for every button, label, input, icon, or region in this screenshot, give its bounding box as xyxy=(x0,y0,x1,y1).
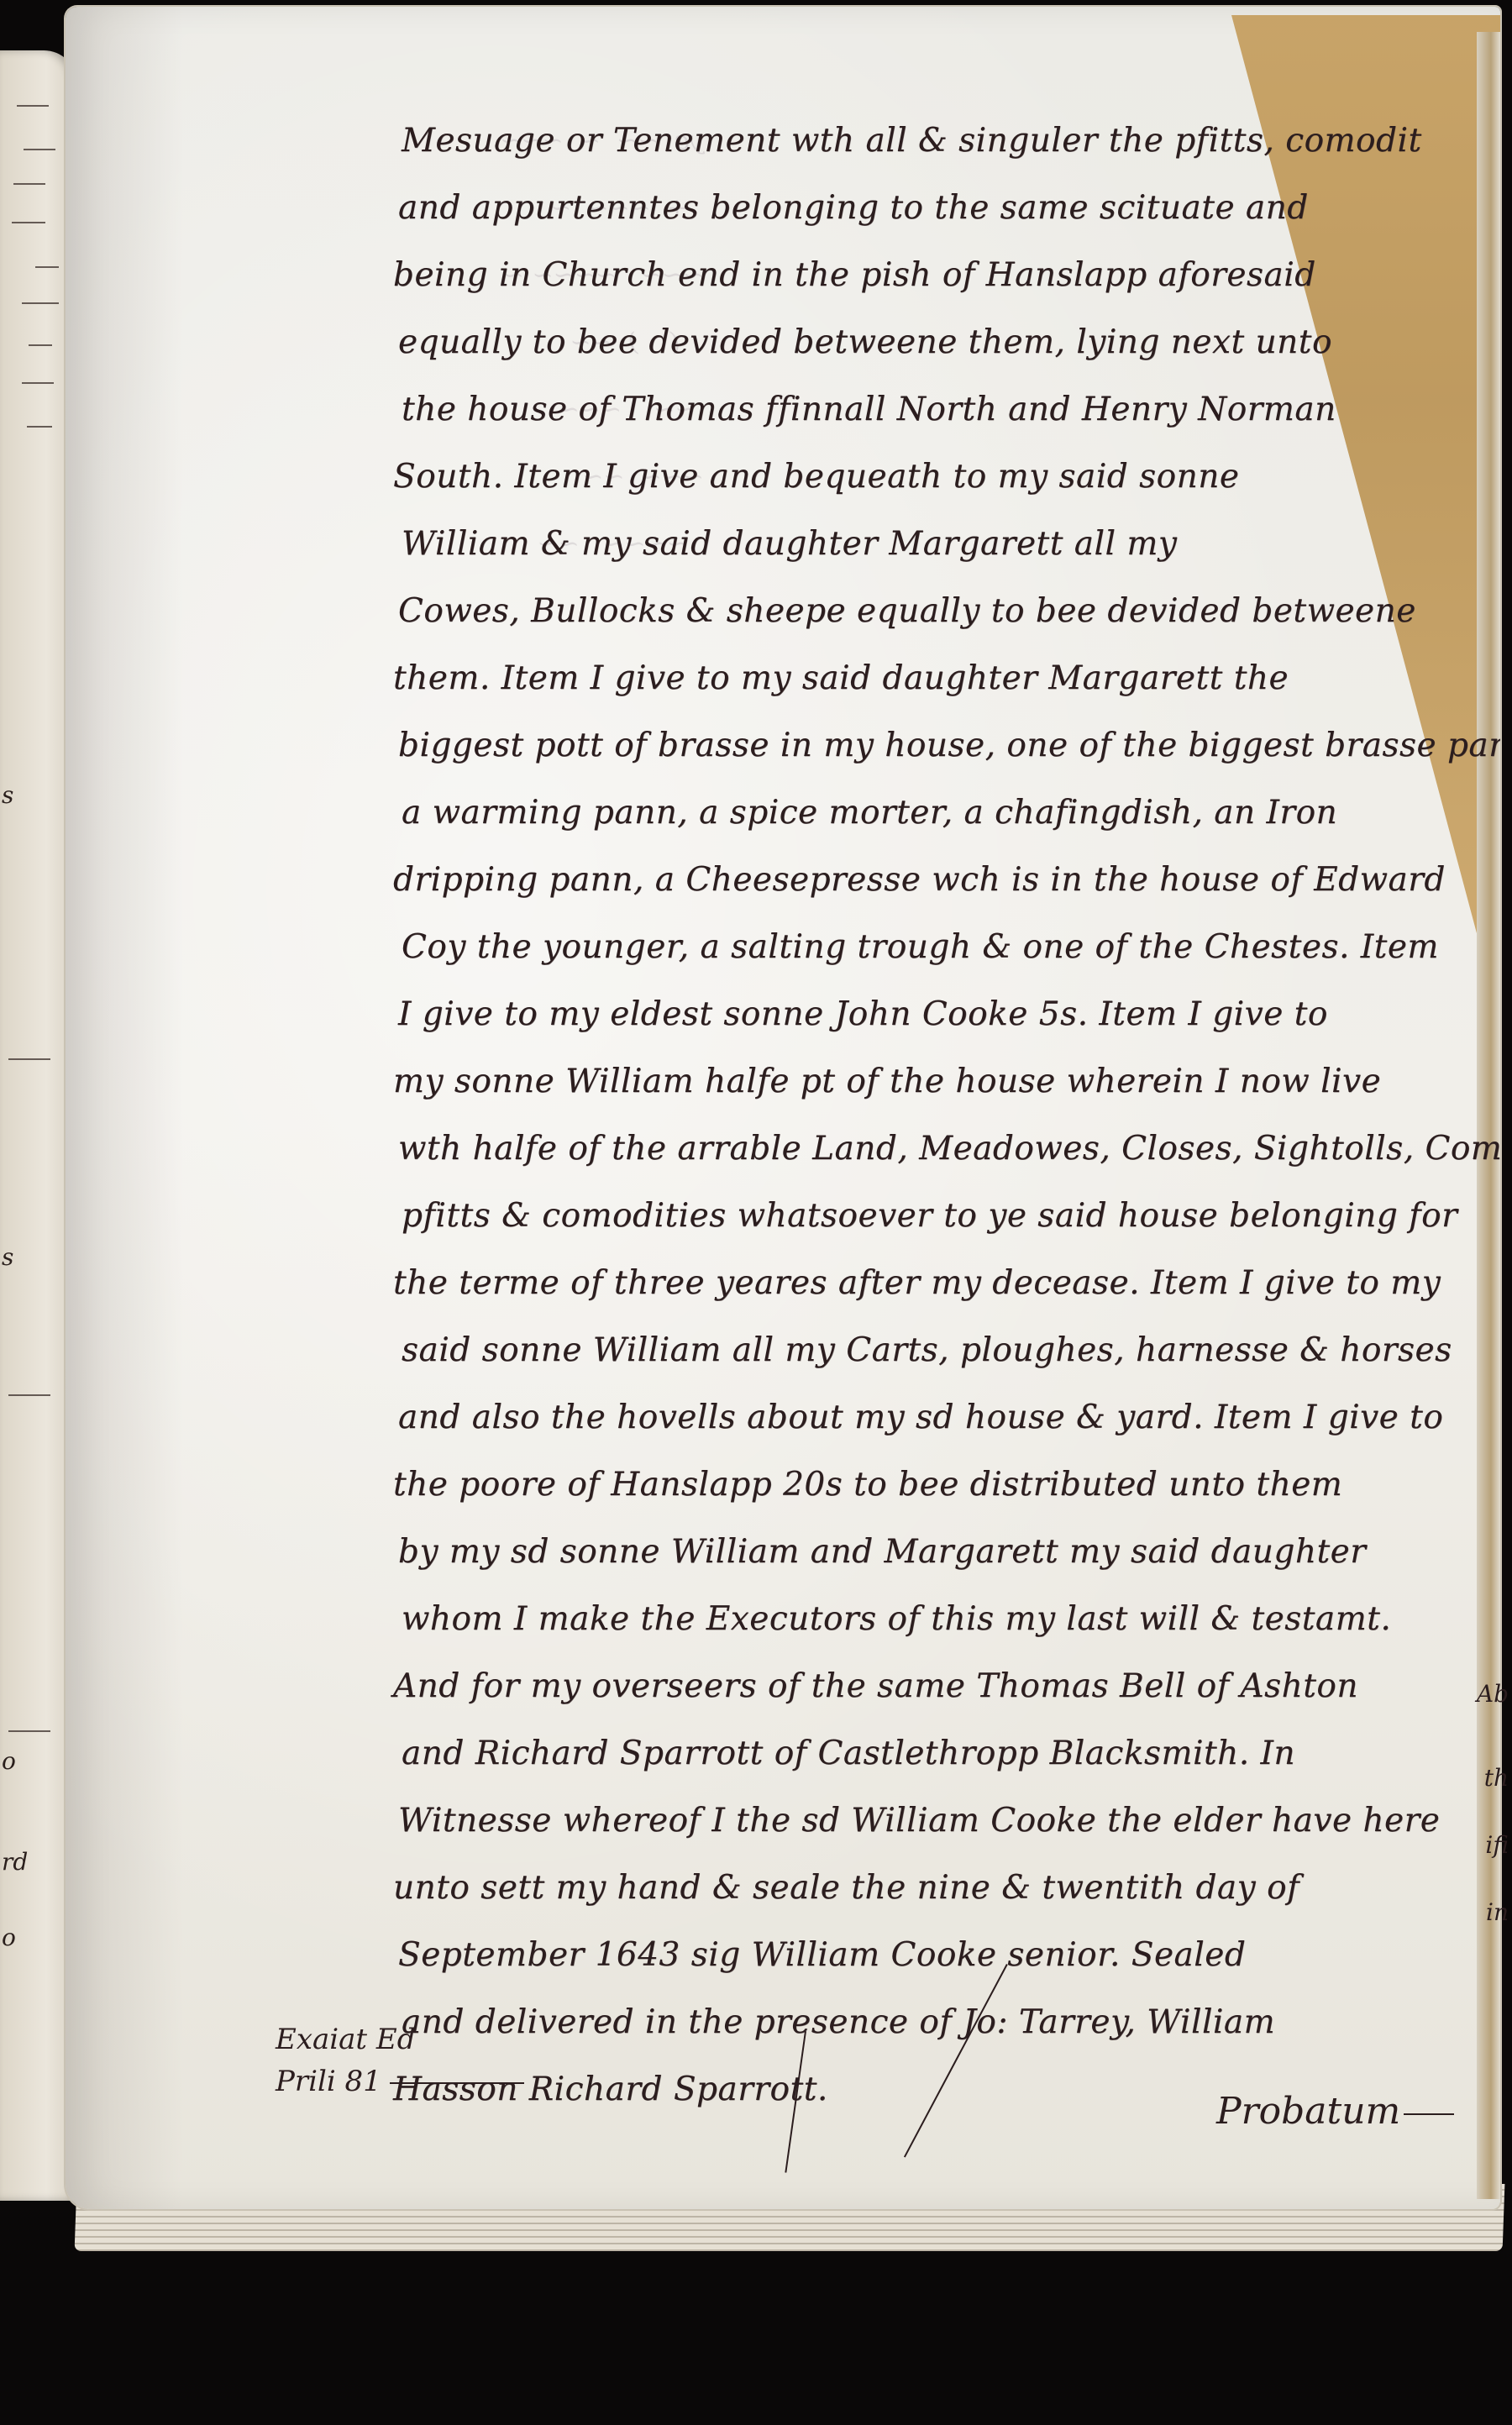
margin-note-line: Exaiat Ed xyxy=(276,2018,524,2060)
ruling-tick xyxy=(35,266,59,268)
ruling-tick xyxy=(8,1730,50,1732)
probatum-rule xyxy=(1404,2113,1454,2115)
manuscript-line: and appurtenntes belonging to the same s… xyxy=(398,175,1499,242)
manuscript-line: by my sd sonne William and Margarett my … xyxy=(398,1519,1499,1586)
manuscript-line: Mesuage or Tenement wth all & singuler t… xyxy=(402,108,1500,175)
manuscript-line: them. Item I give to my said daughter Ma… xyxy=(393,645,1494,712)
left-page-text-fragment: s xyxy=(2,781,13,809)
ruling-tick xyxy=(24,149,55,150)
left-page-text-fragment: o xyxy=(2,1924,16,1951)
manuscript-line: and also the hovells about my sd house &… xyxy=(398,1384,1499,1451)
manuscript-line: being in Church end in the pish of Hansl… xyxy=(393,242,1494,309)
probatum-text: Probatum xyxy=(1216,2090,1400,2133)
right-page-fragment: ifi xyxy=(1485,1831,1509,1859)
margin-note-text: Prili 81 xyxy=(276,2065,381,2098)
ruling-tick xyxy=(22,302,59,304)
manuscript-line: pfitts & comodities whatsoever to ye sai… xyxy=(402,1183,1500,1250)
manuscript-page: ye ~~ ~ ~~~ + ~~~ ~ ~~~ ~~~~ ~ ( ) ~~ ~~… xyxy=(66,7,1500,2209)
right-page-fragment: in xyxy=(1486,1898,1509,1926)
manuscript-line: the poore of Hanslapp 20s to bee distrib… xyxy=(393,1451,1494,1519)
ruling-tick xyxy=(27,426,52,428)
manuscript-line: and delivered in the presence of Jo: Tar… xyxy=(402,1989,1500,2056)
manuscript-line: Cowes, Bullocks & sheepe equally to bee … xyxy=(398,578,1499,645)
left-page-text-fragment: o xyxy=(2,1747,16,1775)
probate-mark: Probatum xyxy=(1216,2090,1454,2133)
manuscript-text: Mesuage or Tenement wth all & singuler t… xyxy=(402,108,1500,2123)
manuscript-line: said sonne William all my Carts, ploughe… xyxy=(402,1317,1500,1384)
manuscript-line: dripping pann, a Cheesepresse wch is in … xyxy=(393,847,1494,914)
manuscript-line: unto sett my hand & seale the nine & twe… xyxy=(393,1855,1494,1922)
left-page-text-fragment: s xyxy=(2,1243,13,1271)
left-page-text-fragment: rd xyxy=(2,1848,28,1876)
manuscript-line: equally to bee devided betweene them, ly… xyxy=(398,309,1499,376)
manuscript-line: South. Item I give and bequeath to my sa… xyxy=(393,444,1494,511)
manuscript-line: September 1643 sig William Cooke senior.… xyxy=(398,1922,1499,1989)
manuscript-line: my sonne William halfe pt of the house w… xyxy=(393,1048,1494,1115)
manuscript-line: whom I make the Executors of this my las… xyxy=(402,1586,1500,1653)
ruling-tick xyxy=(8,1394,50,1396)
ruling-tick xyxy=(17,105,49,107)
manuscript-line: biggest pott of brasse in my house, one … xyxy=(398,712,1499,779)
margin-rule xyxy=(390,2082,524,2084)
manuscript-line: and Richard Sparrott of Castlethropp Bla… xyxy=(402,1720,1500,1787)
ruling-tick xyxy=(22,382,54,384)
manuscript-line: I give to my eldest sonne John Cooke 5s.… xyxy=(398,981,1499,1048)
manuscript-line: William & my said daughter Margarett all… xyxy=(402,511,1500,578)
ruling-tick xyxy=(29,344,52,346)
ruling-tick xyxy=(8,1058,50,1060)
manuscript-line: Coy the younger, a salting trough & one … xyxy=(402,914,1500,981)
manuscript-line: the terme of three yeares after my decea… xyxy=(393,1250,1494,1317)
ruling-tick xyxy=(12,222,45,223)
manuscript-line: the house of Thomas ffinnall North and H… xyxy=(402,376,1500,444)
margin-note: Exaiat Ed Prili 81 xyxy=(276,2018,524,2102)
margin-note-line: Prili 81 xyxy=(276,2060,524,2102)
manuscript-line: And for my overseers of the same Thomas … xyxy=(393,1653,1494,1720)
gutter-shadow xyxy=(66,7,183,2209)
manuscript-line: a warming pann, a spice morter, a chafin… xyxy=(402,779,1500,847)
manuscript-line: Witnesse whereof I the sd William Cooke … xyxy=(398,1787,1499,1855)
ruling-tick xyxy=(13,183,45,185)
manuscript-line: wth halfe of the arrable Land, Meadowes,… xyxy=(398,1115,1499,1183)
right-page-fragment: th xyxy=(1484,1764,1509,1792)
right-page-fragment: Ab xyxy=(1477,1680,1509,1708)
